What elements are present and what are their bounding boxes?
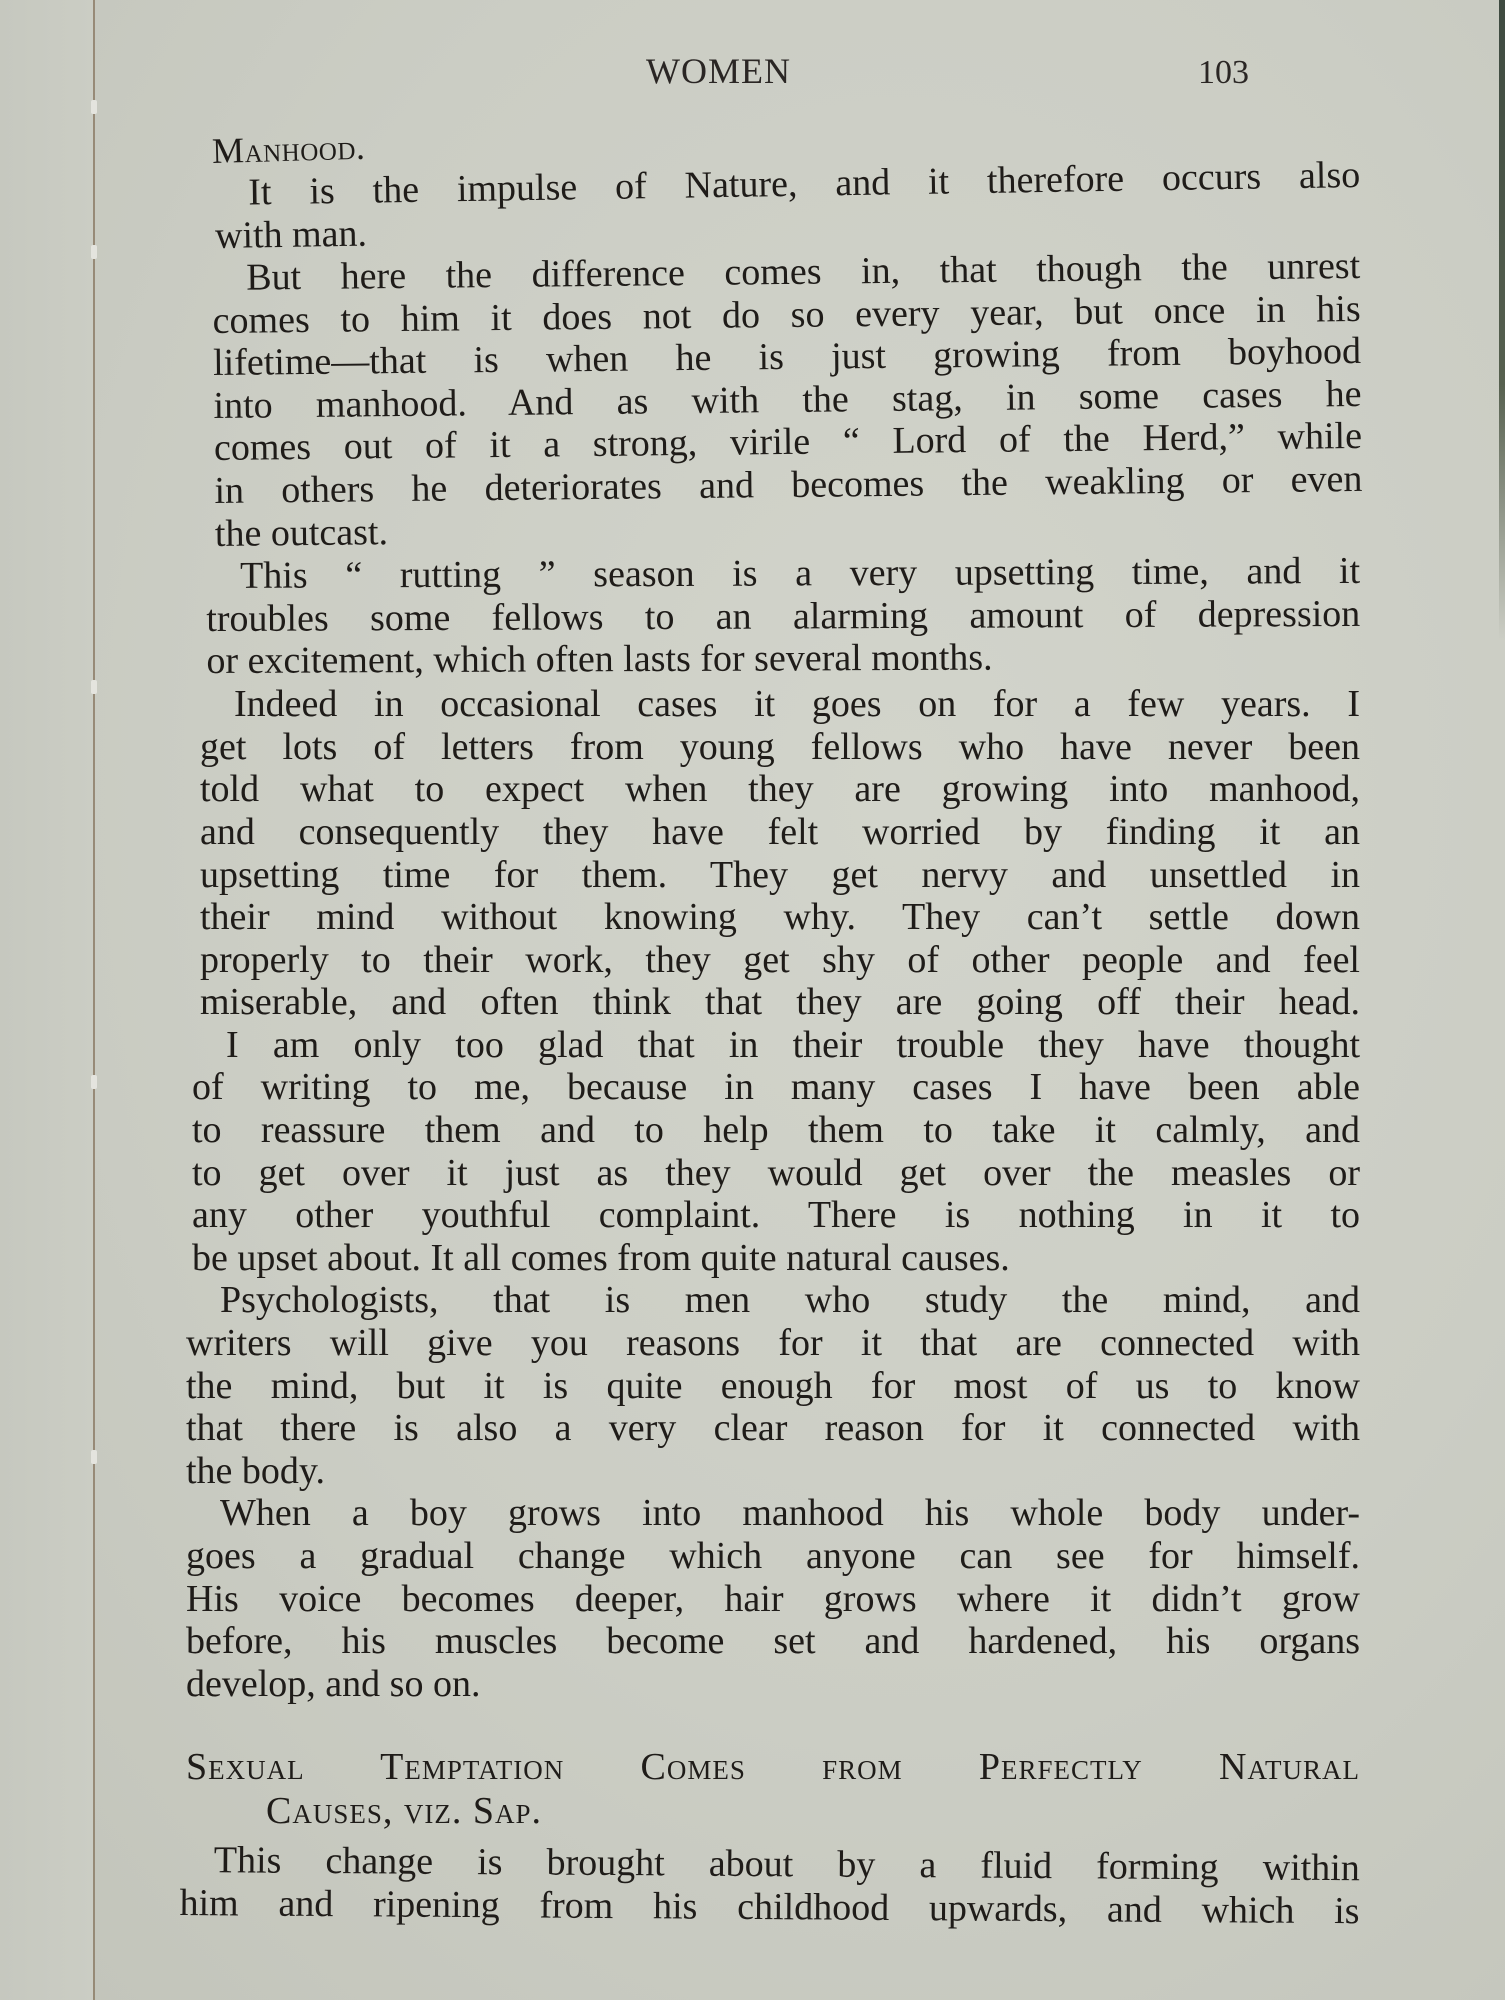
text-line: properly to their work, they get shy of … [200,939,1360,982]
text-line: Indeed in occasional cases it goes on fo… [200,683,1360,726]
binding-stitch-mark [91,100,97,114]
body-text: Manhood. It is the impulse of Nature, an… [200,130,1360,1925]
text-line: Psychologists, that is men who study the… [186,1279,1360,1322]
paragraph: This “ rutting ” season is a very upsett… [206,550,1361,683]
paragraph: But here the difference comes in, that t… [212,245,1363,555]
paragraph: I am only too glad that in their trouble… [192,1024,1360,1280]
text-line: the mind, but it is quite enough for mos… [186,1365,1360,1408]
paragraph: Psychologists, that is men who study the… [186,1279,1360,1492]
book-cover-edge [1499,0,1505,640]
running-head: WOMEN 103 [200,40,1360,110]
text-line: I am only too glad that in their trouble… [192,1024,1360,1067]
text-line: writers will give you reasons for it tha… [186,1322,1360,1365]
text-line: His voice becomes deeper, hair grows whe… [186,1578,1360,1621]
text-line: before, his muscles become set and harde… [186,1620,1360,1663]
section-heading-line-1: Sexual Temptation Comes from Perfectly N… [186,1745,1360,1789]
text-line: goes a gradual change which anyone can s… [186,1535,1360,1578]
section-heading: Sexual Temptation Comes from Perfectly N… [186,1745,1360,1833]
book-page-photo: WOMEN 103 Manhood. It is the impulse of … [0,0,1505,2000]
text-line: When a boy grows into manhood his whole … [186,1492,1360,1535]
text-line: troubles some fellows to an alarming amo… [206,593,1360,641]
binding-stitch-mark [91,245,97,259]
text-line: him and ripening from his childhood upwa… [179,1882,1359,1933]
text-line: their mind without knowing why. They can… [200,896,1360,939]
text-line: develop, and so on. [186,1663,1360,1706]
page-content: WOMEN 103 Manhood. It is the impulse of … [200,40,1360,1925]
text-line: get lots of letters from young fellows w… [200,726,1360,769]
text-line: any other youthful complaint. There is n… [192,1194,1360,1237]
text-line: miserable, and often think that they are… [200,981,1360,1024]
text-line: and consequently they have felt worried … [200,811,1360,854]
text-line: to get over it just as they would get ov… [192,1152,1360,1195]
facing-page-edge [0,0,93,2000]
binding-stitch-mark [91,1075,97,1089]
text-line: told what to expect when they are growin… [200,768,1360,811]
text-line: that there is also a very clear reason f… [186,1407,1360,1450]
text-line: be upset about. It all comes from quite … [192,1237,1360,1280]
text-line: This “ rutting ” season is a very upsett… [206,550,1360,598]
text-line: the body. [186,1450,1360,1493]
binding-stitch-mark [91,1450,97,1464]
paragraph: It is the impulse of Nature, and it ther… [214,154,1361,257]
text-line: to reassure them and to help them to tak… [192,1109,1360,1152]
page-number: 103 [1198,54,1249,92]
binding-gutter [93,0,95,2000]
paragraph: This change is brought about by a fluid … [179,1839,1360,1932]
paragraph: Indeed in occasional cases it goes on fo… [200,683,1360,1024]
text-line: of writing to me, because in many cases … [192,1066,1360,1109]
text-line: or excitement, which often lasts for sev… [206,635,1360,683]
paragraph: When a boy grows into manhood his whole … [186,1492,1360,1705]
running-title: WOMEN [646,50,791,92]
binding-stitch-mark [91,680,97,694]
section-heading-line-2: Causes, viz. Sap. [186,1789,1360,1833]
text-line: upsetting time for them. They get nervy … [200,854,1360,897]
